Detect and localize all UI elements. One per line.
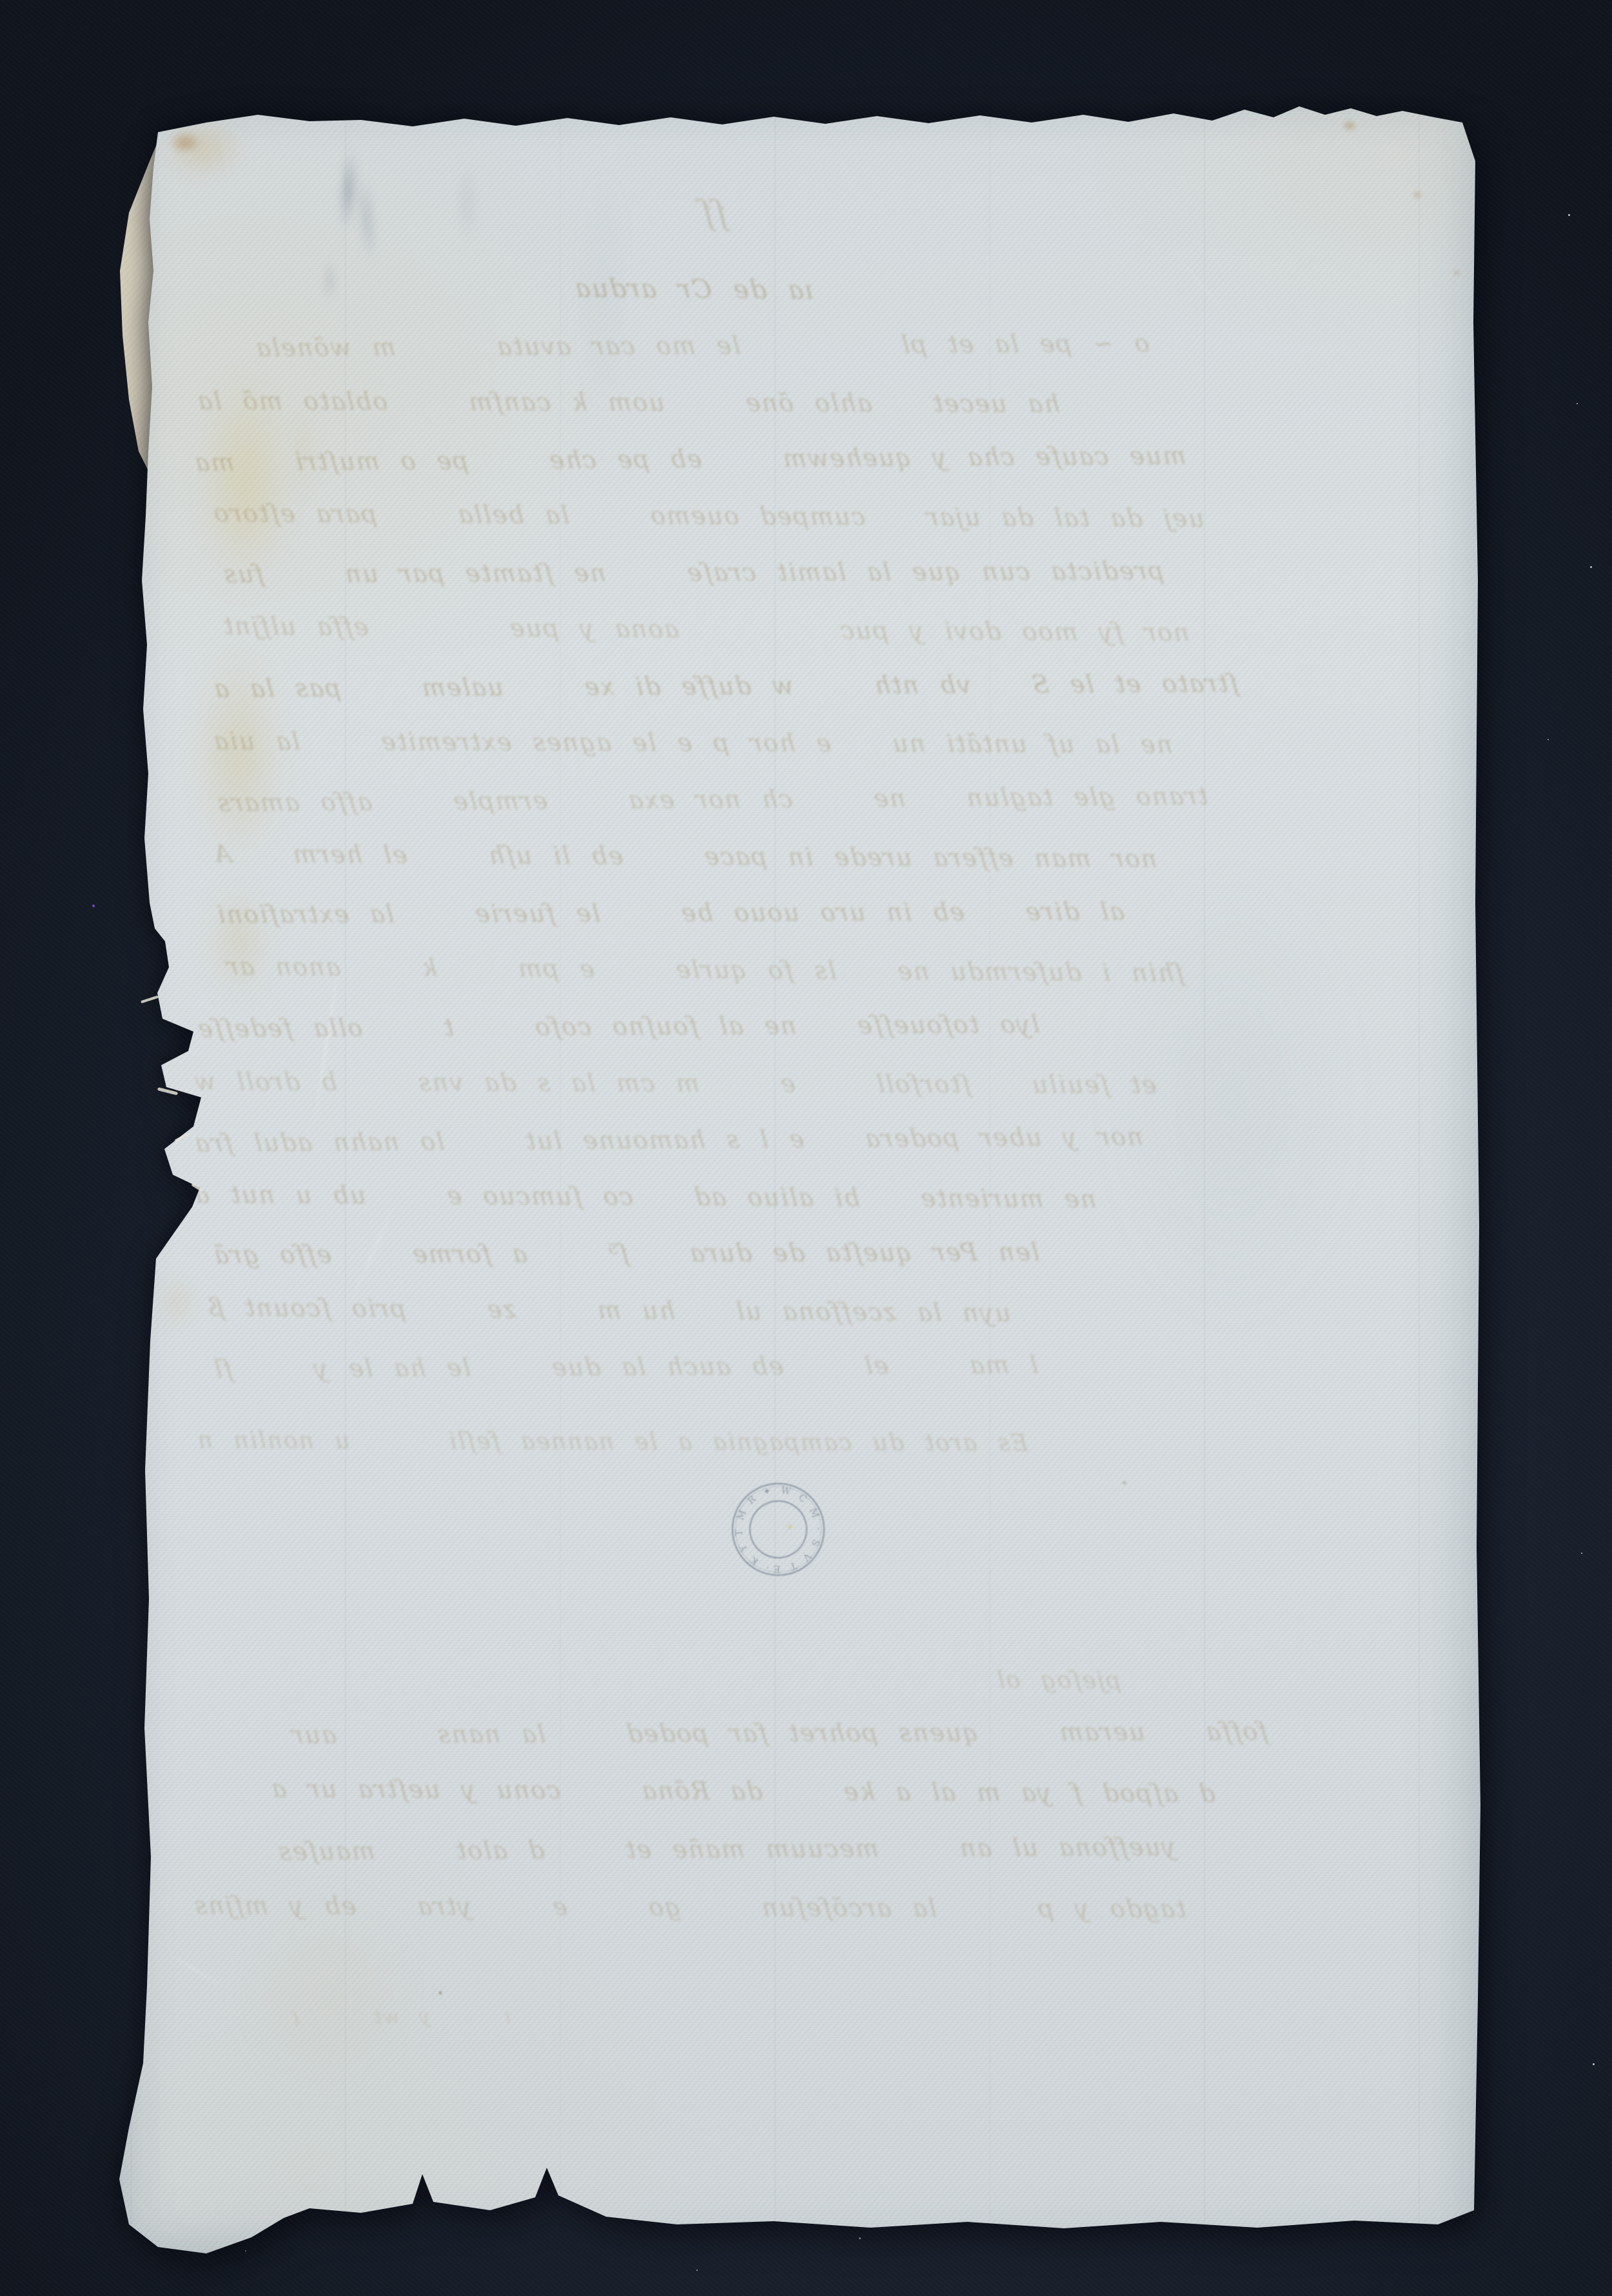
- manuscript-leaf-wrap: ſſıa de Cr arduao ~ pe la et pl le mo ca…: [116, 90, 1483, 2260]
- paper-edge-shading: [116, 90, 1483, 2260]
- dust-speck: [1568, 214, 1570, 216]
- dust-speck: [1548, 739, 1549, 740]
- dust-speck: [1581, 1553, 1582, 1554]
- photo-scene: ſſıa de Cr arduao ~ pe la et pl le mo ca…: [0, 0, 1612, 2296]
- dust-speck: [1590, 566, 1592, 568]
- dust-speck: [92, 905, 95, 907]
- manuscript-leaf: ſſıa de Cr arduao ~ pe la et pl le mo ca…: [116, 90, 1483, 2260]
- dust-speck: [696, 2270, 698, 2271]
- dust-speck: [1577, 403, 1578, 404]
- dust-speck: [1593, 2063, 1595, 2065]
